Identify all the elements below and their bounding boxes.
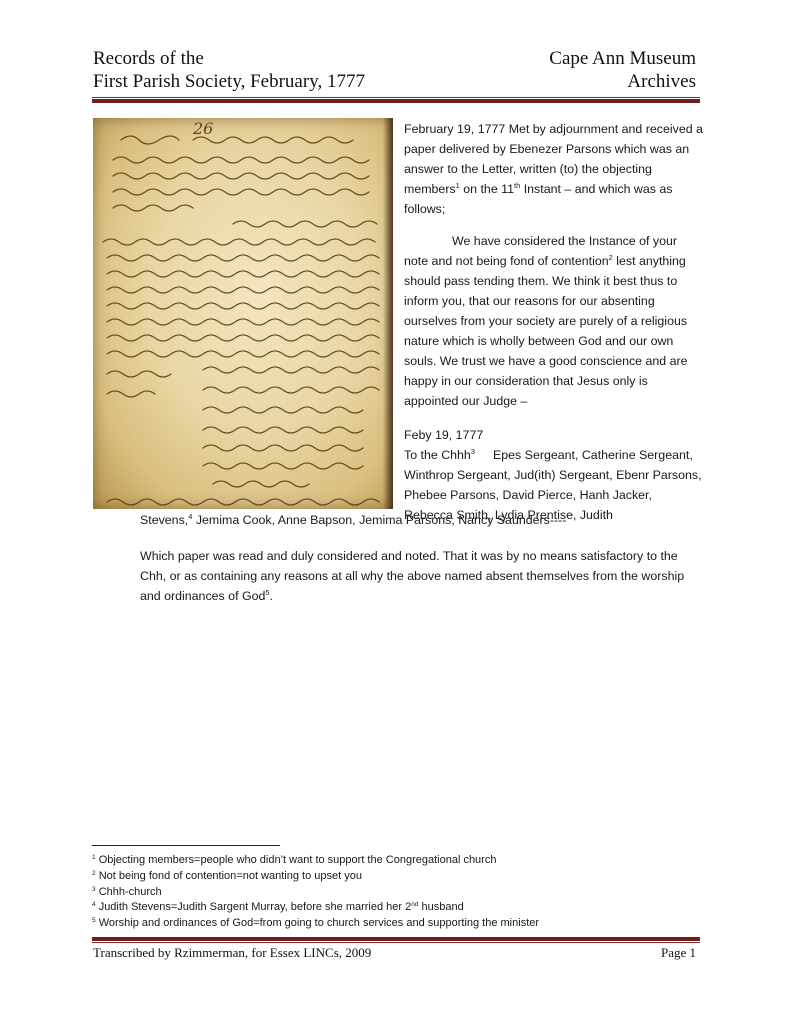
header-title-line1: Records of the [93, 47, 365, 70]
footnote-separator [92, 845, 280, 846]
transcription-para-4: Which paper was read and duly considered… [140, 546, 700, 606]
letter-date: Feby 19, 1777 [404, 425, 704, 445]
header-rule [92, 97, 700, 103]
svg-text:26: 26 [192, 119, 213, 138]
header-archive-line2: Archives [549, 70, 696, 93]
footer-credit: Transcribed by Rzimmerman, for Essex LIN… [93, 945, 371, 961]
header-title-line2: First Parish Society, February, 1777 [93, 70, 365, 93]
footnote-5: 5 Worship and ordinances of God=from goi… [92, 916, 712, 932]
header-title: Records of the First Parish Society, Feb… [93, 47, 365, 93]
footnotes: 1 Objecting members=people who didn’t wa… [92, 853, 712, 932]
handwriting-scribbles: 26 [93, 118, 393, 509]
footnote-3: 3 Chhh-church [92, 885, 712, 901]
header-archive-line1: Cape Ann Museum [549, 47, 696, 70]
transcription-para-2: We have considered the Instance of your … [404, 231, 704, 411]
footnote-4: 4 Judith Stevens=Judith Sargent Murray, … [92, 900, 712, 916]
page-number: Page 1 [661, 945, 696, 961]
manuscript-image: 26 [93, 118, 393, 509]
footnote-1: 1 Objecting members=people who didn’t wa… [92, 853, 712, 869]
letter-addressee: To the Chhh [404, 448, 471, 462]
signatories-continued: Stevens,4 Jemima Cook, Anne Bapson, Jemi… [140, 510, 710, 530]
transcription-para-1: February 19, 1777 Met by adjournment and… [404, 119, 704, 219]
footer-rule [92, 937, 700, 943]
footnote-ref-3[interactable]: 3 [471, 447, 475, 456]
header-archive: Cape Ann Museum Archives [549, 47, 696, 93]
footnote-2: 2 Not being fond of contention=not wanti… [92, 869, 712, 885]
